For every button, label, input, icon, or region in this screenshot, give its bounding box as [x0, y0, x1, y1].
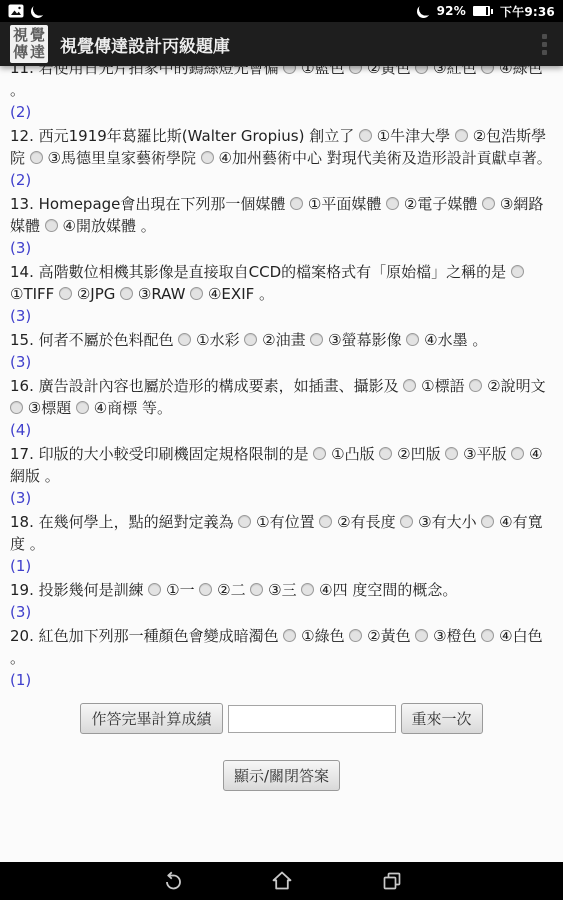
overflow-menu-icon[interactable] [536, 27, 553, 62]
answer-link[interactable]: (3) [10, 603, 31, 621]
clock: 下午9:36 [500, 3, 555, 20]
answer-link[interactable]: (3) [10, 239, 31, 257]
radio-option[interactable] [349, 66, 362, 74]
recent-apps-button-icon[interactable] [379, 868, 405, 894]
radio-option[interactable] [415, 66, 428, 74]
question-text: 13. Homepage會出現在下列那一個媒體 ①平面媒體 ②電子媒體 ③網路媒… [10, 195, 543, 235]
radio-option[interactable] [290, 197, 303, 210]
app-icon: 視 覺 傳 達 [10, 25, 48, 63]
retry-button[interactable]: 重來一次 [401, 703, 483, 734]
radio-option[interactable] [199, 583, 212, 596]
app-icon-char: 視 [13, 28, 28, 43]
answer-link[interactable]: (2) [10, 103, 31, 121]
answer-row: (3) [10, 305, 553, 327]
radio-option[interactable] [349, 629, 362, 642]
answer-row: (3) [10, 351, 553, 373]
status-bar-left [8, 4, 44, 18]
answer-row: (2) [10, 101, 553, 123]
radio-option[interactable] [190, 287, 203, 300]
radio-option[interactable] [455, 129, 468, 142]
app-title: 視覺傳達設計丙級題庫 [60, 32, 536, 57]
radio-option[interactable] [178, 333, 191, 346]
radio-option[interactable] [59, 287, 72, 300]
radio-option[interactable] [301, 583, 314, 596]
photo-notification-icon [8, 4, 24, 18]
question-text: 16. 廣告設計內容也屬於造形的構成要素，如插畫、攝影及 ①標語 ②說明文 ③標… [10, 377, 546, 417]
quiz-controls-row: 作答完畢計算成績 重來一次 [10, 703, 553, 734]
battery-icon [473, 6, 493, 16]
radio-option[interactable] [359, 129, 372, 142]
radio-option[interactable] [10, 401, 23, 414]
question-list: 11. 若使用日光片拍家中的鎢絲燈光會偏 ①藍色 ②黃色 ③紅色 ④綠色 。 (… [10, 66, 553, 691]
quiz-controls-row2: 顯示/關閉答案 [10, 760, 553, 791]
app-icon-char: 達 [30, 45, 45, 60]
radio-option[interactable] [481, 66, 494, 74]
radio-option[interactable] [415, 629, 428, 642]
radio-option[interactable] [319, 515, 332, 528]
question-item: 19. 投影幾何是訓練 ①一 ②二 ③三 ④四 度空間的概念。 (3) [10, 579, 553, 623]
radio-option[interactable] [482, 197, 495, 210]
question-text: 15. 何者不屬於色料配色 ①水彩 ②油畫 ③螢幕影像 ④水墨 。 [10, 331, 487, 349]
radio-option[interactable] [481, 629, 494, 642]
question-item: 15. 何者不屬於色料配色 ①水彩 ②油畫 ③螢幕影像 ④水墨 。 (3) [10, 329, 553, 373]
question-item: 11. 若使用日光片拍家中的鎢絲燈光會偏 ①藍色 ②黃色 ③紅色 ④綠色 。 (… [10, 66, 553, 123]
home-button-icon[interactable] [269, 868, 295, 894]
question-text: 18. 在幾何學上，點的絕對定義為 ①有位置 ②有長度 ③有大小 ④有寬度 。 [10, 513, 543, 553]
question-item: 17. 印版的大小較受印刷機固定規格限制的是 ①凸版 ②凹版 ③平版 ④網版 。… [10, 443, 553, 509]
question-item: 12. 西元1919年葛羅比斯(Walter Gropius) 創立了 ①牛津大… [10, 125, 553, 191]
question-item: 18. 在幾何學上，點的絕對定義為 ①有位置 ②有長度 ③有大小 ④有寬度 。 … [10, 511, 553, 577]
question-text: 20. 紅色加下列那一種顏色會變成暗濁色 ①綠色 ②黃色 ③橙色 ④白色 。 [10, 627, 543, 667]
question-item: 14. 高階數位相機其影像是直接取自CCD的檔案格式有「原始檔」之稱的是 ①TI… [10, 261, 553, 327]
answer-row: (2) [10, 169, 553, 191]
radio-option[interactable] [250, 583, 263, 596]
battery-percent: 92% [437, 4, 466, 18]
radio-option[interactable] [406, 333, 419, 346]
radio-option[interactable] [469, 379, 482, 392]
status-bar-right: 92% 下午9:36 [417, 3, 555, 20]
radio-option[interactable] [403, 379, 416, 392]
radio-option[interactable] [244, 333, 257, 346]
do-not-disturb-moon-icon [31, 5, 44, 18]
question-item: 16. 廣告設計內容也屬於造形的構成要素，如插畫、攝影及 ①標語 ②說明文 ③標… [10, 375, 553, 441]
radio-option[interactable] [445, 447, 458, 460]
radio-option[interactable] [283, 66, 296, 74]
radio-option[interactable] [238, 515, 251, 528]
radio-option[interactable] [30, 151, 43, 164]
radio-option[interactable] [283, 629, 296, 642]
radio-option[interactable] [120, 287, 133, 300]
answer-link[interactable]: (1) [10, 557, 31, 575]
android-screen: 92% 下午9:36 視 覺 傳 達 視覺傳達設計丙級題庫 11. 若使用日光片… [0, 0, 563, 900]
question-item: 20. 紅色加下列那一種顏色會變成暗濁色 ①綠色 ②黃色 ③橙色 ④白色 。 (… [10, 625, 553, 691]
radio-option[interactable] [45, 219, 58, 232]
answer-row: (1) [10, 669, 553, 691]
app-icon-char: 覺 [30, 28, 45, 43]
radio-option[interactable] [313, 447, 326, 460]
answer-link[interactable]: (3) [10, 307, 31, 325]
radio-option[interactable] [201, 151, 214, 164]
radio-option[interactable] [481, 515, 494, 528]
question-text: 14. 高階數位相機其影像是直接取自CCD的檔案格式有「原始檔」之稱的是 ①TI… [10, 263, 524, 303]
answer-link[interactable]: (3) [10, 489, 31, 507]
night-mode-moon-icon [417, 5, 430, 18]
question-text: 19. 投影幾何是訓練 ①一 ②二 ③三 ④四 度空間的概念。 [10, 581, 457, 599]
question-text: 12. 西元1919年葛羅比斯(Walter Gropius) 創立了 ①牛津大… [10, 127, 552, 167]
app-bar: 視 覺 傳 達 視覺傳達設計丙級題庫 [0, 22, 563, 66]
score-input[interactable] [228, 705, 396, 733]
radio-option[interactable] [511, 265, 524, 278]
answer-link[interactable]: (1) [10, 671, 31, 689]
radio-option[interactable] [511, 447, 524, 460]
answer-link[interactable]: (3) [10, 353, 31, 371]
radio-option[interactable] [379, 447, 392, 460]
app-icon-char: 傳 [13, 45, 28, 60]
question-text: 11. 若使用日光片拍家中的鎢絲燈光會偏 ①藍色 ②黃色 ③紅色 ④綠色 。 [10, 66, 543, 99]
answer-row: (4) [10, 419, 553, 441]
radio-option[interactable] [148, 583, 161, 596]
answer-row: (3) [10, 487, 553, 509]
calculate-score-button[interactable]: 作答完畢計算成績 [80, 703, 222, 734]
toggle-answers-button[interactable]: 顯示/關閉答案 [223, 760, 340, 791]
answer-link[interactable]: (2) [10, 171, 31, 189]
quiz-content: 11. 若使用日光片拍家中的鎢絲燈光會偏 ①藍色 ②黃色 ③紅色 ④綠色 。 (… [0, 66, 563, 862]
question-item: 13. Homepage會出現在下列那一個媒體 ①平面媒體 ②電子媒體 ③網路媒… [10, 193, 553, 259]
radio-option[interactable] [76, 401, 89, 414]
radio-option[interactable] [386, 197, 399, 210]
question-text: 17. 印版的大小較受印刷機固定規格限制的是 ①凸版 ②凹版 ③平版 ④網版 。 [10, 445, 543, 485]
status-bar: 92% 下午9:36 [0, 0, 563, 22]
back-button-icon[interactable] [159, 868, 185, 894]
answer-row: (3) [10, 237, 553, 259]
radio-option[interactable] [310, 333, 323, 346]
answer-link[interactable]: (4) [10, 421, 31, 439]
navigation-bar [0, 862, 563, 900]
radio-option[interactable] [400, 515, 413, 528]
answer-row: (1) [10, 555, 553, 577]
answer-row: (3) [10, 601, 553, 623]
